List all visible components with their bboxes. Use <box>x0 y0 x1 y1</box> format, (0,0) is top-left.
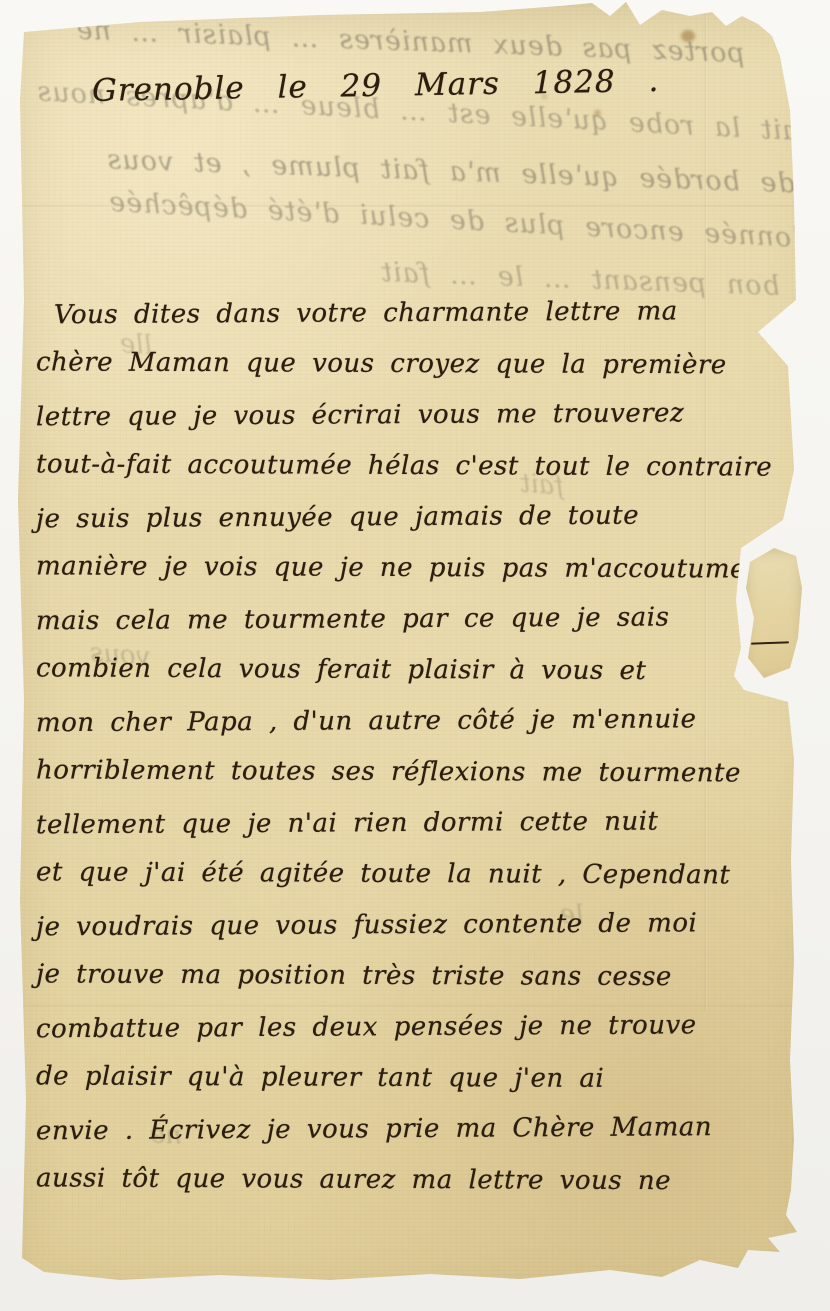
body-line: mon cher Papa , d'un autre côté je m'enn… <box>36 694 792 750</box>
body-line: tout-à-fait accoutumée hélas c'est tout … <box>36 439 792 493</box>
body-line: Vous dites dans votre charmante lettre m… <box>36 286 792 342</box>
body-line: combien cela vous ferait plaisir à vous … <box>36 643 792 697</box>
dateline: Grenoble le 29 Mars 1828 . <box>92 63 653 109</box>
body-line: manière je vois que je ne puis pas m'acc… <box>36 541 792 595</box>
body-line: chère Maman que vous croyez que la premi… <box>36 337 792 391</box>
letter-body: Vous dites dans votre charmante lettre m… <box>36 288 792 1206</box>
body-line: lettre que je vous écrirai vous me trouv… <box>36 388 792 444</box>
body-line: aussi tôt que vous aurez ma lettre vous … <box>36 1153 792 1207</box>
body-line: je voudrais que vous fussiez contente de… <box>36 898 792 954</box>
body-line: je suis plus ennuyée que jamais de toute <box>36 490 792 546</box>
body-line: horriblement toutes ses réflexions me to… <box>36 745 792 799</box>
letter-page: portez pas deux manières … plaisir … ne … <box>0 0 830 1311</box>
body-line: je trouve ma position très triste sans c… <box>36 949 792 1003</box>
body-line: et que j'ai été agitée toute la nuit , C… <box>36 847 792 901</box>
body-line: envie . Écrivez je vous prie ma Chère Ma… <box>36 1102 792 1158</box>
ink-stroke-on-fragment <box>751 641 789 644</box>
body-line: tellement que je n'ai rien dormi cette n… <box>36 796 792 852</box>
body-line: mais cela me tourmente par ce que je sai… <box>36 592 792 648</box>
body-line: de plaisir qu'à pleurer tant que j'en ai <box>36 1051 792 1105</box>
body-line: combattue par les deux pensées je ne tro… <box>36 1000 792 1056</box>
